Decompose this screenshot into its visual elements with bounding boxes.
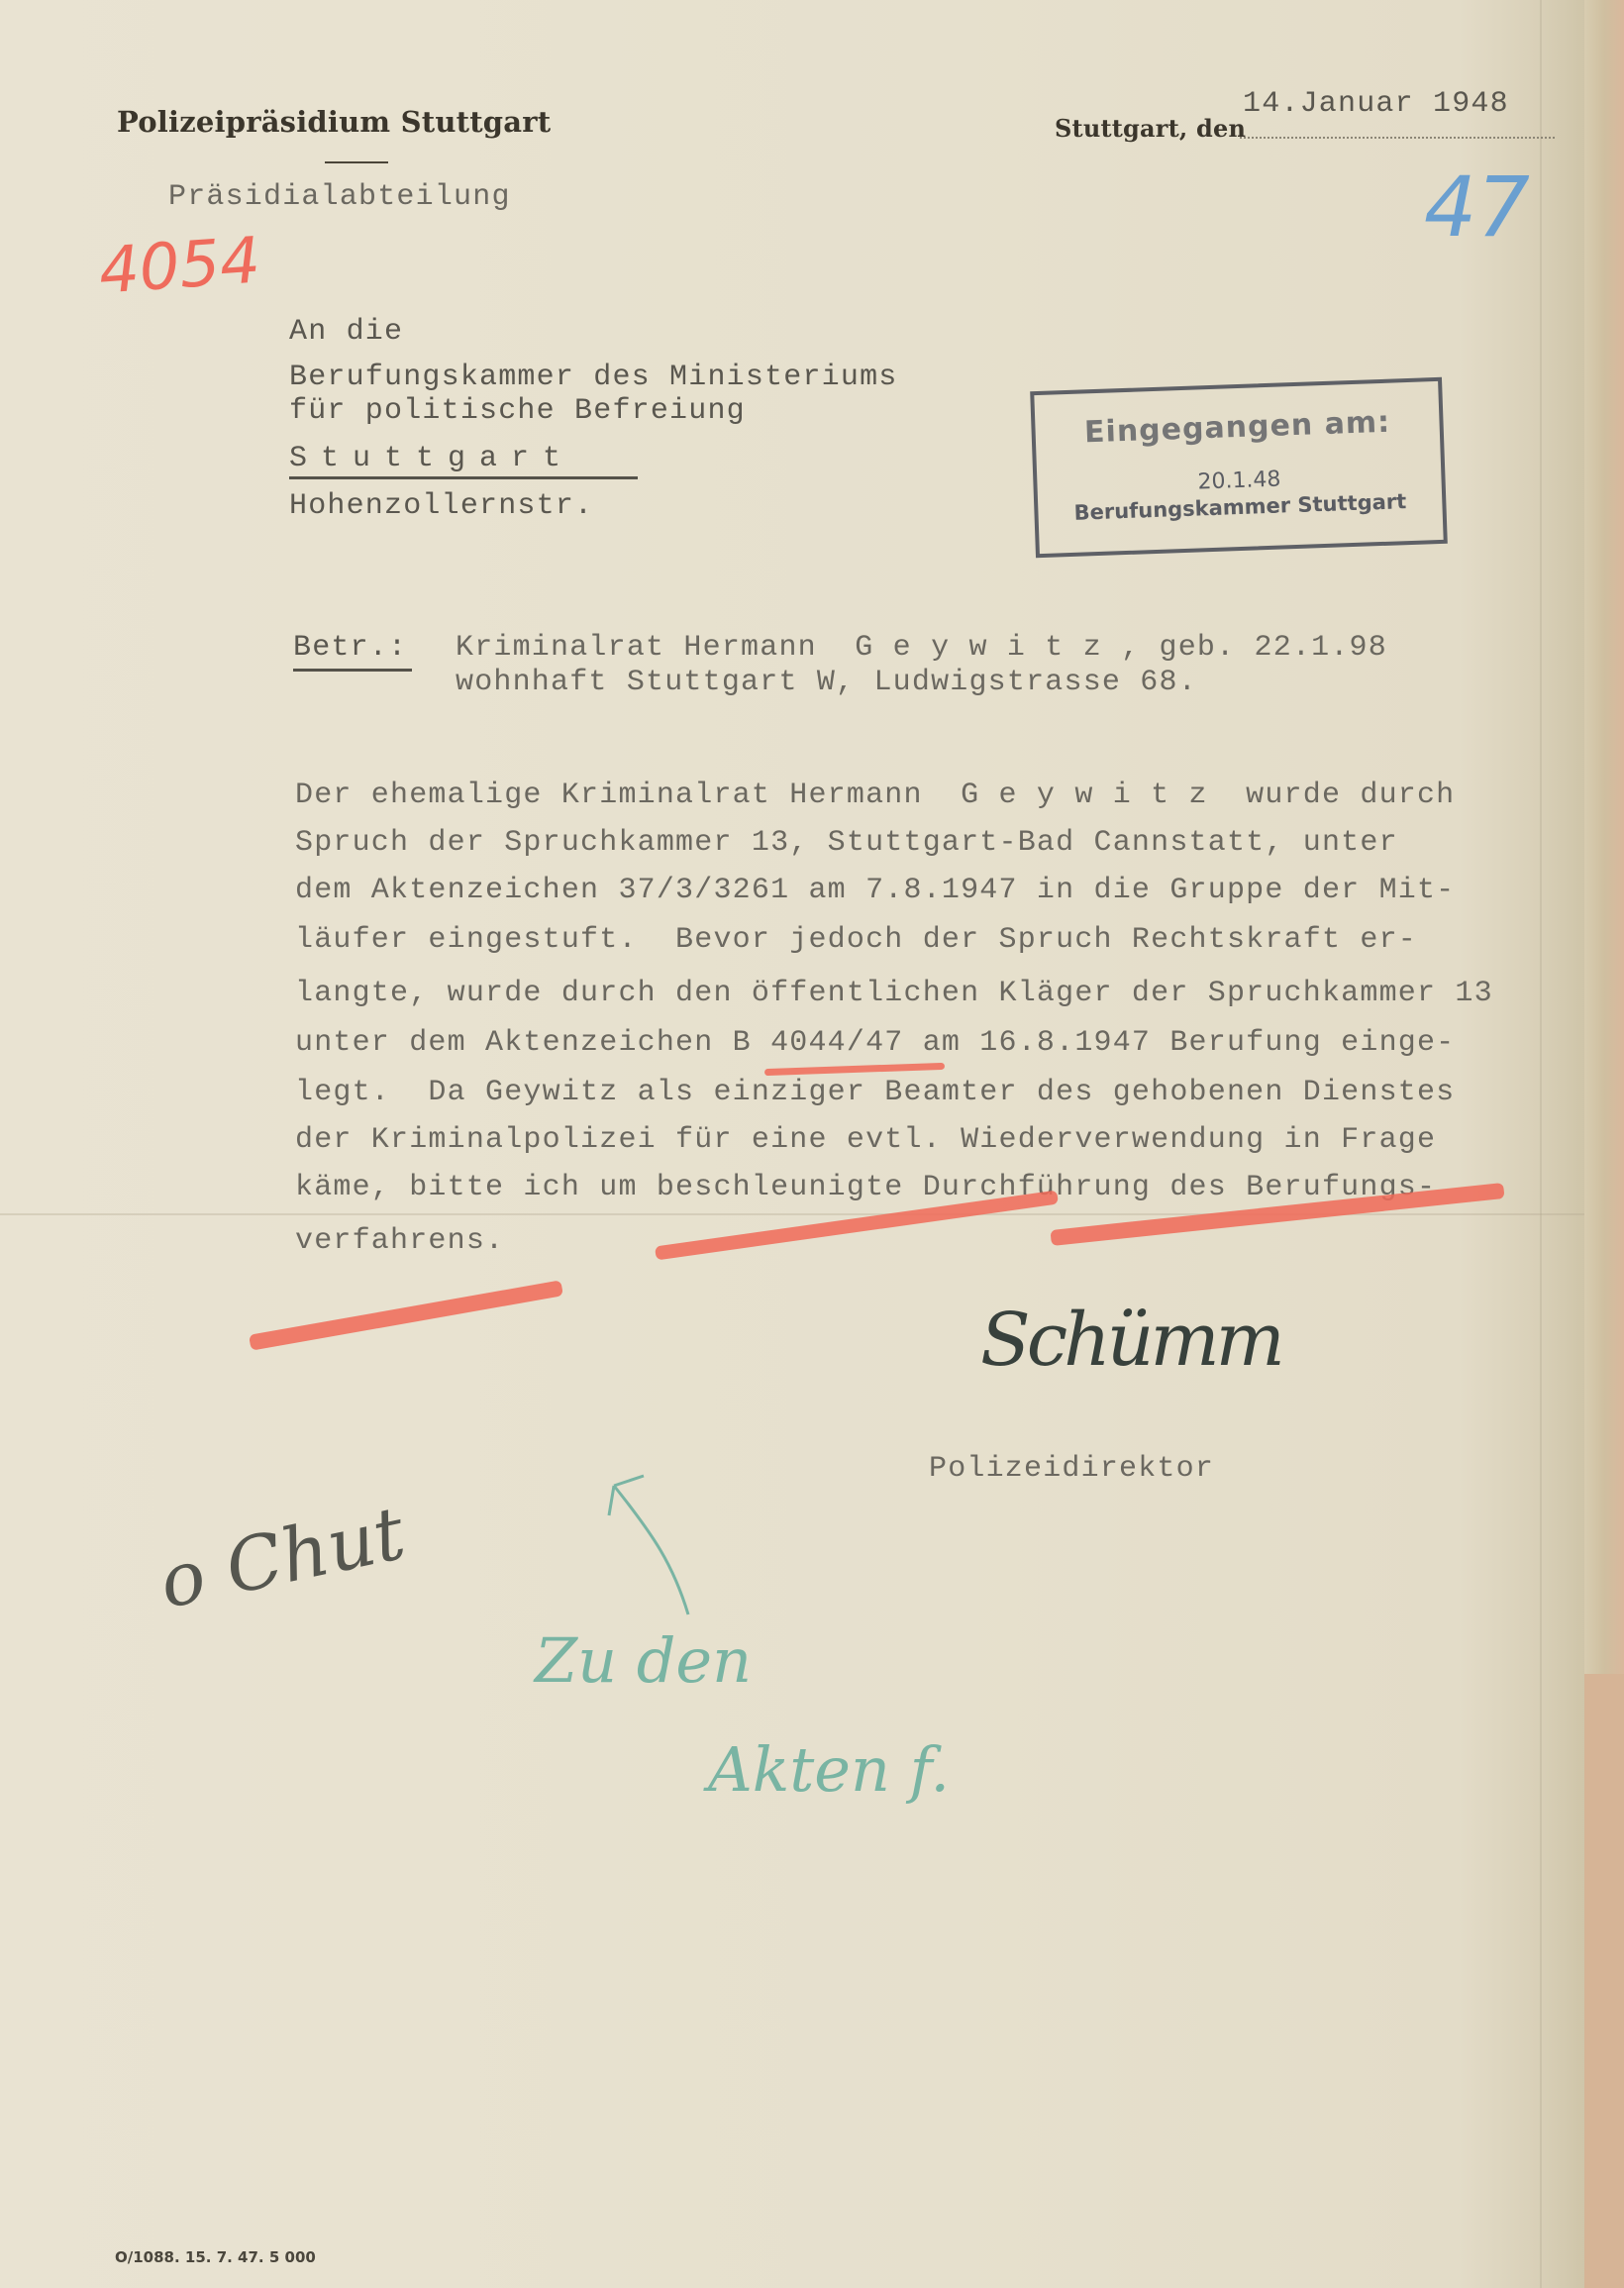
red-file-number: 4054 bbox=[97, 224, 263, 308]
body-line: unter dem Aktenzeichen B 4044/47 am 16.8… bbox=[295, 1026, 1455, 1060]
subject-label: Betr.: bbox=[293, 631, 407, 665]
subject-line1: Kriminalrat Hermann G e y w i t z , geb.… bbox=[456, 631, 1387, 665]
letterhead-rule bbox=[325, 161, 388, 163]
date-dotted-line bbox=[1240, 137, 1555, 139]
body-line: legt. Da Geywitz als einziger Beamter de… bbox=[295, 1076, 1455, 1109]
stamp-title: Eingegangen am: bbox=[1035, 403, 1440, 452]
place-label: Stuttgart, den bbox=[1055, 114, 1246, 143]
recipient-line2: Berufungskammer des Ministeriums bbox=[289, 361, 898, 394]
body-line: langte, wurde durch den öffentlichen Klä… bbox=[295, 977, 1493, 1010]
torn-edge bbox=[1584, 1674, 1624, 2288]
recipient-line3: für politische Befreiung bbox=[289, 394, 746, 428]
signatory-title: Polizeidirektor bbox=[929, 1452, 1214, 1486]
body-line: dem Aktenzeichen 37/3/3261 am 7.8.1947 i… bbox=[295, 874, 1455, 907]
green-note-line1: Zu den bbox=[535, 1624, 752, 1697]
organization-name: Polizeipräsidium Stuttgart bbox=[117, 105, 551, 139]
recipient-line1: An die bbox=[289, 315, 403, 349]
recipient-street: Hohenzollernstr. bbox=[289, 489, 593, 523]
subject-line2: wohnhaft Stuttgart W, Ludwigstrasse 68. bbox=[456, 666, 1197, 699]
received-stamp: Eingegangen am: 20.1.48 Berufungskammer … bbox=[1030, 377, 1448, 558]
subject-label-underline bbox=[293, 669, 412, 672]
blue-page-number: 47 bbox=[1424, 158, 1530, 256]
green-arrow-icon bbox=[594, 1466, 713, 1624]
body-line: verfahrens. bbox=[295, 1224, 504, 1258]
letter-date: 14.Januar 1948 bbox=[1243, 87, 1509, 121]
body-line: käme, bitte ich um beschleunigte Durchfü… bbox=[295, 1171, 1436, 1204]
body-line: Der ehemalige Kriminalrat Hermann G e y … bbox=[295, 779, 1455, 812]
city-underline bbox=[289, 476, 638, 479]
body-line: läufer eingestuft. Bevor jedoch der Spru… bbox=[295, 923, 1417, 957]
department-name: Präsidialabteilung bbox=[168, 180, 511, 214]
recipient-city: Stuttgart bbox=[289, 442, 574, 475]
fold-crease-vertical bbox=[1540, 0, 1542, 2288]
form-code: O/1088. 15. 7. 47. 5 000 bbox=[115, 2248, 316, 2266]
green-note-line2: Akten f. bbox=[708, 1733, 950, 1806]
body-line: der Kriminalpolizei für eine evtl. Wiede… bbox=[295, 1123, 1436, 1157]
handwritten-signature: Schümm bbox=[980, 1298, 1281, 1383]
body-line: Spruch der Spruchkammer 13, Stuttgart-Ba… bbox=[295, 826, 1398, 860]
